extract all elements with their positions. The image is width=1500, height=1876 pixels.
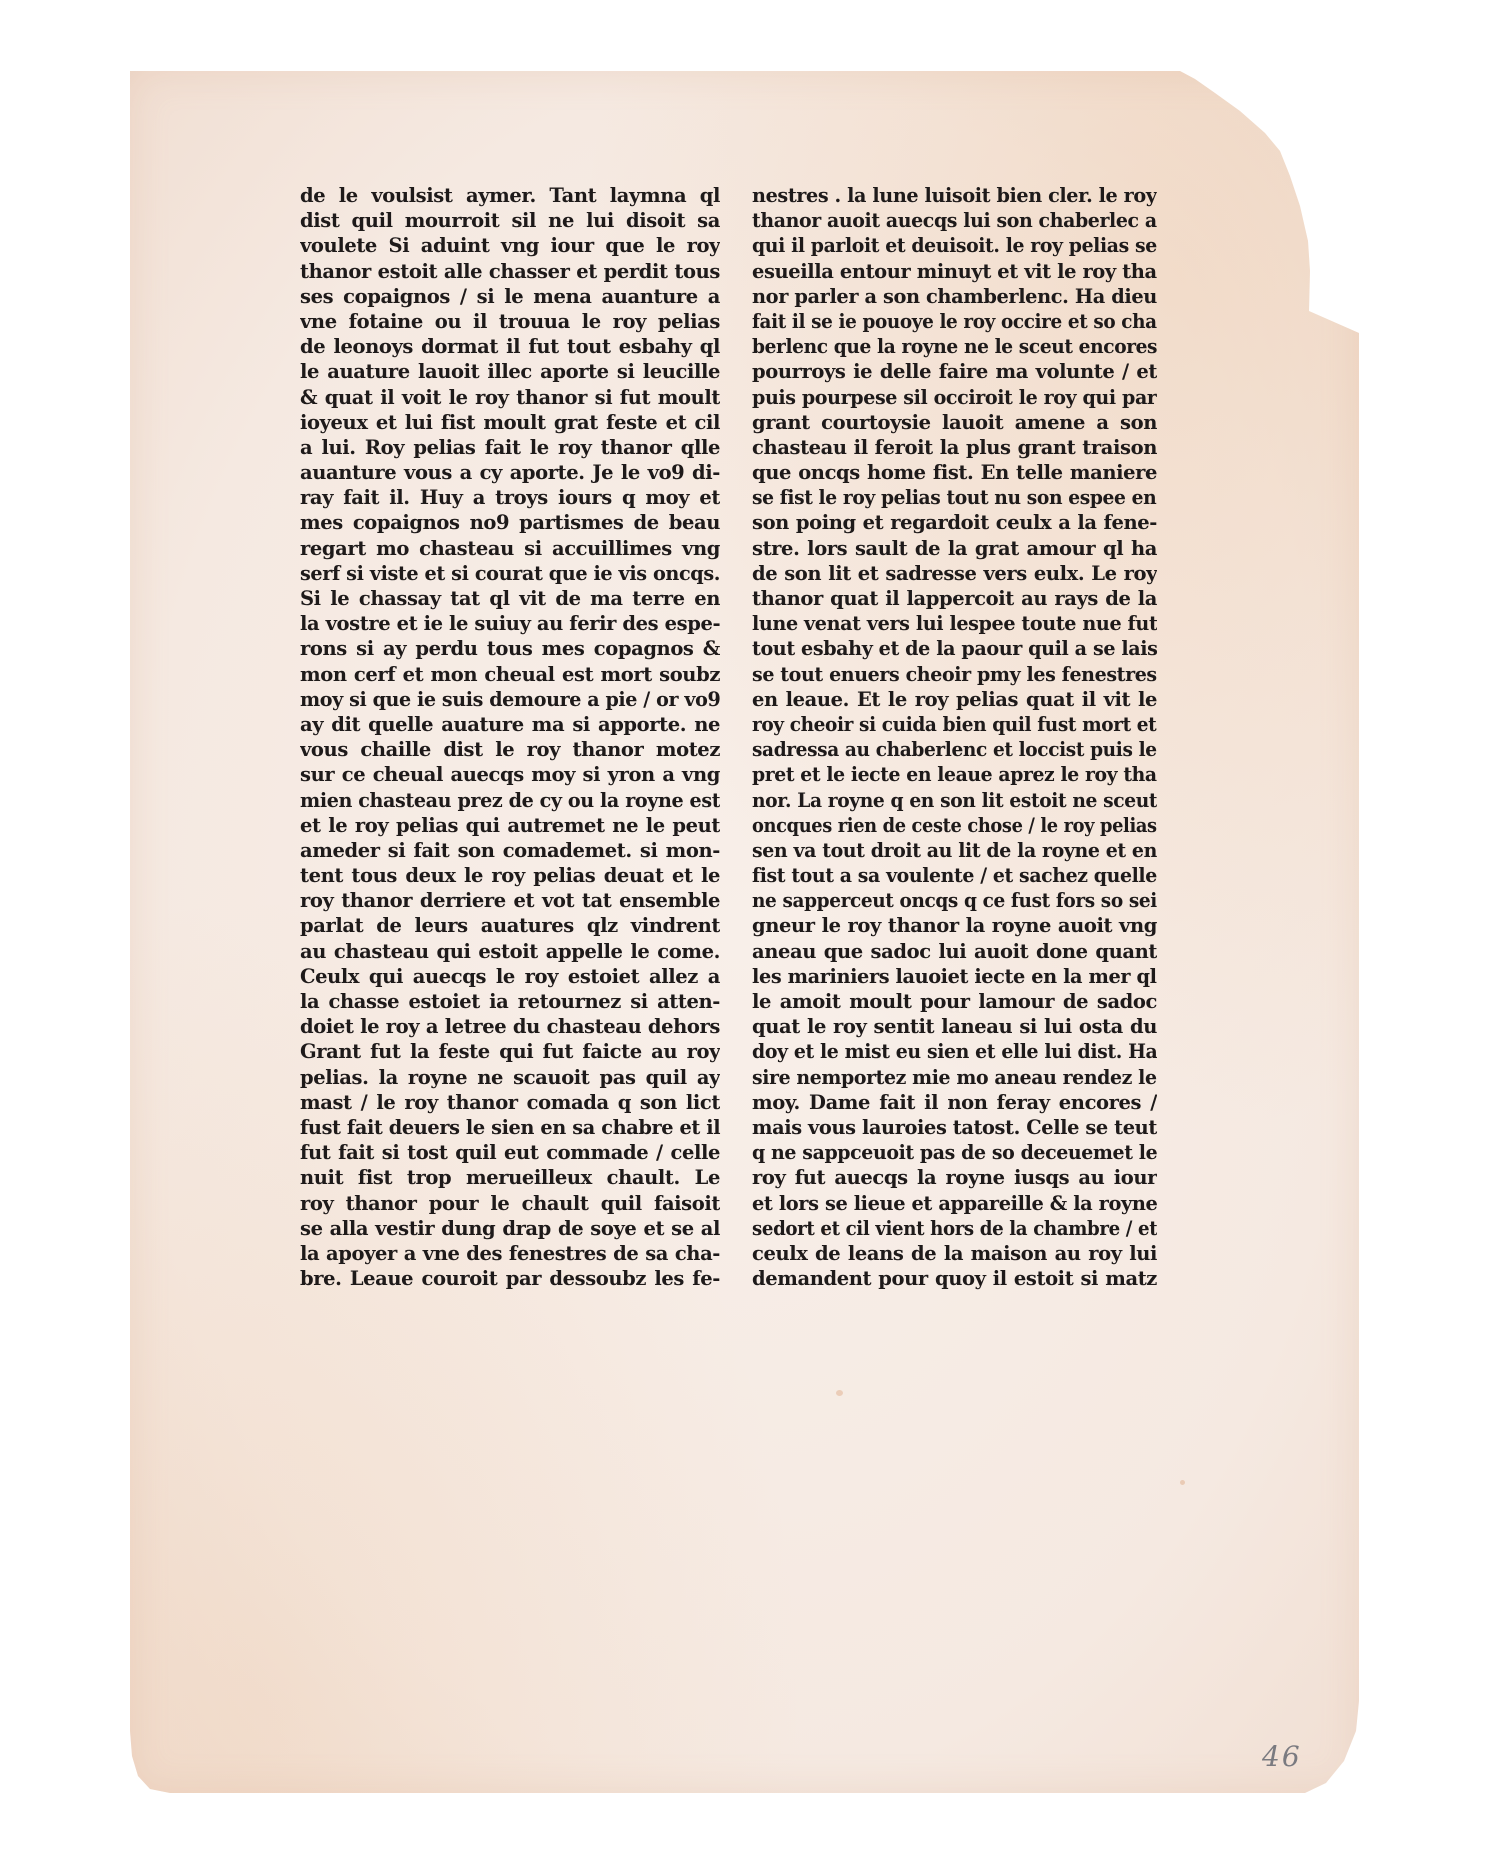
text-line: sedort et cil vient hors de la chambre /… xyxy=(752,1216,1157,1241)
foxing-spot xyxy=(836,1390,843,1396)
text-line: tout esbahy et de la paour quil a se lai… xyxy=(752,636,1157,661)
text-line: nuit fist trop merueilleux chault. Le xyxy=(300,1165,720,1190)
text-line: esueilla entour minuyt et vit le roy tha xyxy=(752,259,1157,284)
text-line: voulete Si aduint vng iour que le roy xyxy=(300,233,720,258)
text-line: doiet le roy a letree du chasteau dehors xyxy=(300,1014,720,1039)
text-line: fist tout a sa voulente / et sachez quel… xyxy=(752,863,1157,888)
text-line: dist quil mourroit sil ne lui disoit sa xyxy=(300,208,720,233)
text-line: Ceulx qui auecqs le roy estoiet allez a xyxy=(300,964,720,989)
text-line: puis pourpese sil occiroit le roy qui pa… xyxy=(752,385,1157,410)
text-line: q ne sappceuoit pas de so deceuemet le xyxy=(752,1140,1157,1165)
text-line: mon cerf et mon cheual est mort soubz xyxy=(300,662,720,687)
text-line: fust fait deuers le sien en sa chabre et… xyxy=(300,1115,720,1140)
text-line: roy thanor pour le chault quil faisoit xyxy=(300,1191,720,1216)
text-line: rons si ay perdu tous mes copagnos & xyxy=(300,636,720,661)
text-line: oncques rien de ceste chose / le roy pel… xyxy=(752,813,1157,838)
text-line: les mariniers lauoiet iecte en la mer ql xyxy=(752,964,1157,989)
text-line: ray fait il. Huy a troys iours q moy et xyxy=(300,485,720,510)
text-line: moy. Dame fait il non feray encores / xyxy=(752,1090,1157,1115)
text-line: roy cheoir si cuida bien quil fust mort … xyxy=(752,712,1157,737)
text-line: le auature lauoit illec aporte si leucil… xyxy=(300,359,720,384)
text-line: mes copaignos no9 partismes de beau xyxy=(300,510,720,535)
text-column-right: nestres . la lune luisoit bien cler. le … xyxy=(752,183,1157,1291)
text-line: au chasteau qui estoit appelle le come. xyxy=(300,939,720,964)
text-line: sadressa au chaberlenc et loccist puis l… xyxy=(752,737,1157,762)
text-line: moy si que ie suis demoure a pie / or vo… xyxy=(300,687,720,712)
text-line: ses copaignos / si le mena auanture a xyxy=(300,284,720,309)
text-line: roy thanor derriere et vot tat ensemble xyxy=(300,888,720,913)
text-line: et lors se lieue et appareille & la royn… xyxy=(752,1191,1157,1216)
text-line: se tout enuers cheoir pmy les fenestres xyxy=(752,662,1157,687)
text-line: fut fait si tost quil eut commade / cell… xyxy=(300,1140,720,1165)
text-line: gneur le roy thanor la royne auoit vng xyxy=(752,913,1157,938)
text-line: de son lit et sadresse vers eulx. Le roy xyxy=(752,561,1157,586)
text-line: grant courtoysie lauoit amene a son xyxy=(752,410,1157,435)
text-line: thanor quat il lappercoit au rays de la xyxy=(752,586,1157,611)
text-line: berlenc que la royne ne le sceut encores xyxy=(752,334,1157,359)
text-line: serf si viste et si courat que ie vis on… xyxy=(300,561,720,586)
text-line: tent tous deux le roy pelias deuat et le xyxy=(300,863,720,888)
text-line: sur ce cheual auecqs moy si yron a vng xyxy=(300,762,720,787)
text-line: ay dit quelle auature ma si apporte. ne xyxy=(300,712,720,737)
text-line: mast / le roy thanor comada q son lict xyxy=(300,1090,720,1115)
text-column-left: de le voulsist aymer. Tant laymna qldist… xyxy=(300,183,720,1291)
text-line: la chasse estoiet ia retournez si atten- xyxy=(300,989,720,1014)
text-line: lune venat vers lui lespee toute nue fut xyxy=(752,611,1157,636)
text-line: la vostre et ie le suiuy au ferir des es… xyxy=(300,611,720,636)
text-line: se alla vestir dung drap de soye et se a… xyxy=(300,1216,720,1241)
text-line: ameder si fait son comademet. si mon- xyxy=(300,838,720,863)
text-line: chasteau il feroit la plus grant traison xyxy=(752,435,1157,460)
text-line: sen va tout droit au lit de la royne et … xyxy=(752,838,1157,863)
text-line: en leaue. Et le roy pelias quat il vit l… xyxy=(752,687,1157,712)
text-line: stre. lors sault de la grat amour ql ha xyxy=(752,536,1157,561)
text-line: ioyeux et lui fist moult grat feste et c… xyxy=(300,410,720,435)
text-line: nor. La royne q en son lit estoit ne sce… xyxy=(752,788,1157,813)
text-line: auanture vous a cy aporte. Je le vo9 di- xyxy=(300,460,720,485)
text-line: qui il parloit et deuisoit. le roy pelia… xyxy=(752,233,1157,258)
text-line: sire nemportez mie mo aneau rendez le xyxy=(752,1065,1157,1090)
text-line: se fist le roy pelias tout nu son espee … xyxy=(752,485,1157,510)
text-line: Grant fut la feste qui fut faicte au roy xyxy=(300,1039,720,1064)
text-line: ne sapperceut oncqs q ce fust fors so se… xyxy=(752,888,1157,913)
text-line: pret et le iecte en leaue aprez le roy t… xyxy=(752,762,1157,787)
text-line: nor parler a son chamberlenc. Ha dieu xyxy=(752,284,1157,309)
text-line: parlat de leurs auatures qlz vindrent xyxy=(300,913,720,938)
text-line: regart mo chasteau si accuillimes vng xyxy=(300,536,720,561)
text-line: Si le chassay tat ql vit de ma terre en xyxy=(300,586,720,611)
text-line: demandent pour quoy il estoit si matz xyxy=(752,1266,1157,1291)
text-line: roy fut auecqs la royne iusqs au iour xyxy=(752,1165,1157,1190)
text-line: de le voulsist aymer. Tant laymna ql xyxy=(300,183,720,208)
text-line: thanor auoit auecqs lui son chaberlec a xyxy=(752,208,1157,233)
text-line: que oncqs home fist. En telle maniere xyxy=(752,460,1157,485)
text-line: mien chasteau prez de cy ou la royne est xyxy=(300,788,720,813)
text-line: le amoit moult pour lamour de sadoc xyxy=(752,989,1157,1014)
text-line: et le roy pelias qui autremet ne le peut xyxy=(300,813,720,838)
text-line: bre. Leaue couroit par dessoubz les fe- xyxy=(300,1266,720,1291)
text-line: la apoyer a vne des fenestres de sa cha- xyxy=(300,1241,720,1266)
text-line: & quat il voit le roy thanor si fut moul… xyxy=(300,385,720,410)
text-line: quat le roy sentit laneau si lui osta du xyxy=(752,1014,1157,1039)
text-line: de leonoys dormat il fut tout esbahy ql xyxy=(300,334,720,359)
text-line: a lui. Roy pelias fait le roy thanor qll… xyxy=(300,435,720,460)
text-line: ceulx de leans de la maison au roy lui xyxy=(752,1241,1157,1266)
text-line: fait il se ie pouoye le roy occire et so… xyxy=(752,309,1157,334)
text-line: pourroys ie delle faire ma volunte / et xyxy=(752,359,1157,384)
text-line: aneau que sadoc lui auoit done quant xyxy=(752,939,1157,964)
text-line: vne fotaine ou il trouua le roy pelias xyxy=(300,309,720,334)
text-line: pelias. la royne ne scauoit pas quil ay xyxy=(300,1065,720,1090)
text-line: son poing et regardoit ceulx a la fene- xyxy=(752,510,1157,535)
text-line: mais vous lauroies tatost. Celle se teut xyxy=(752,1115,1157,1140)
text-line: vous chaille dist le roy thanor motez xyxy=(300,737,720,762)
text-line: doy et le mist eu sien et elle lui dist.… xyxy=(752,1039,1157,1064)
foxing-spot xyxy=(1180,1480,1185,1485)
page-number: 46 xyxy=(1262,1740,1302,1773)
text-line: nestres . la lune luisoit bien cler. le … xyxy=(752,183,1157,208)
text-line: thanor estoit alle chasser et perdit tou… xyxy=(300,259,720,284)
